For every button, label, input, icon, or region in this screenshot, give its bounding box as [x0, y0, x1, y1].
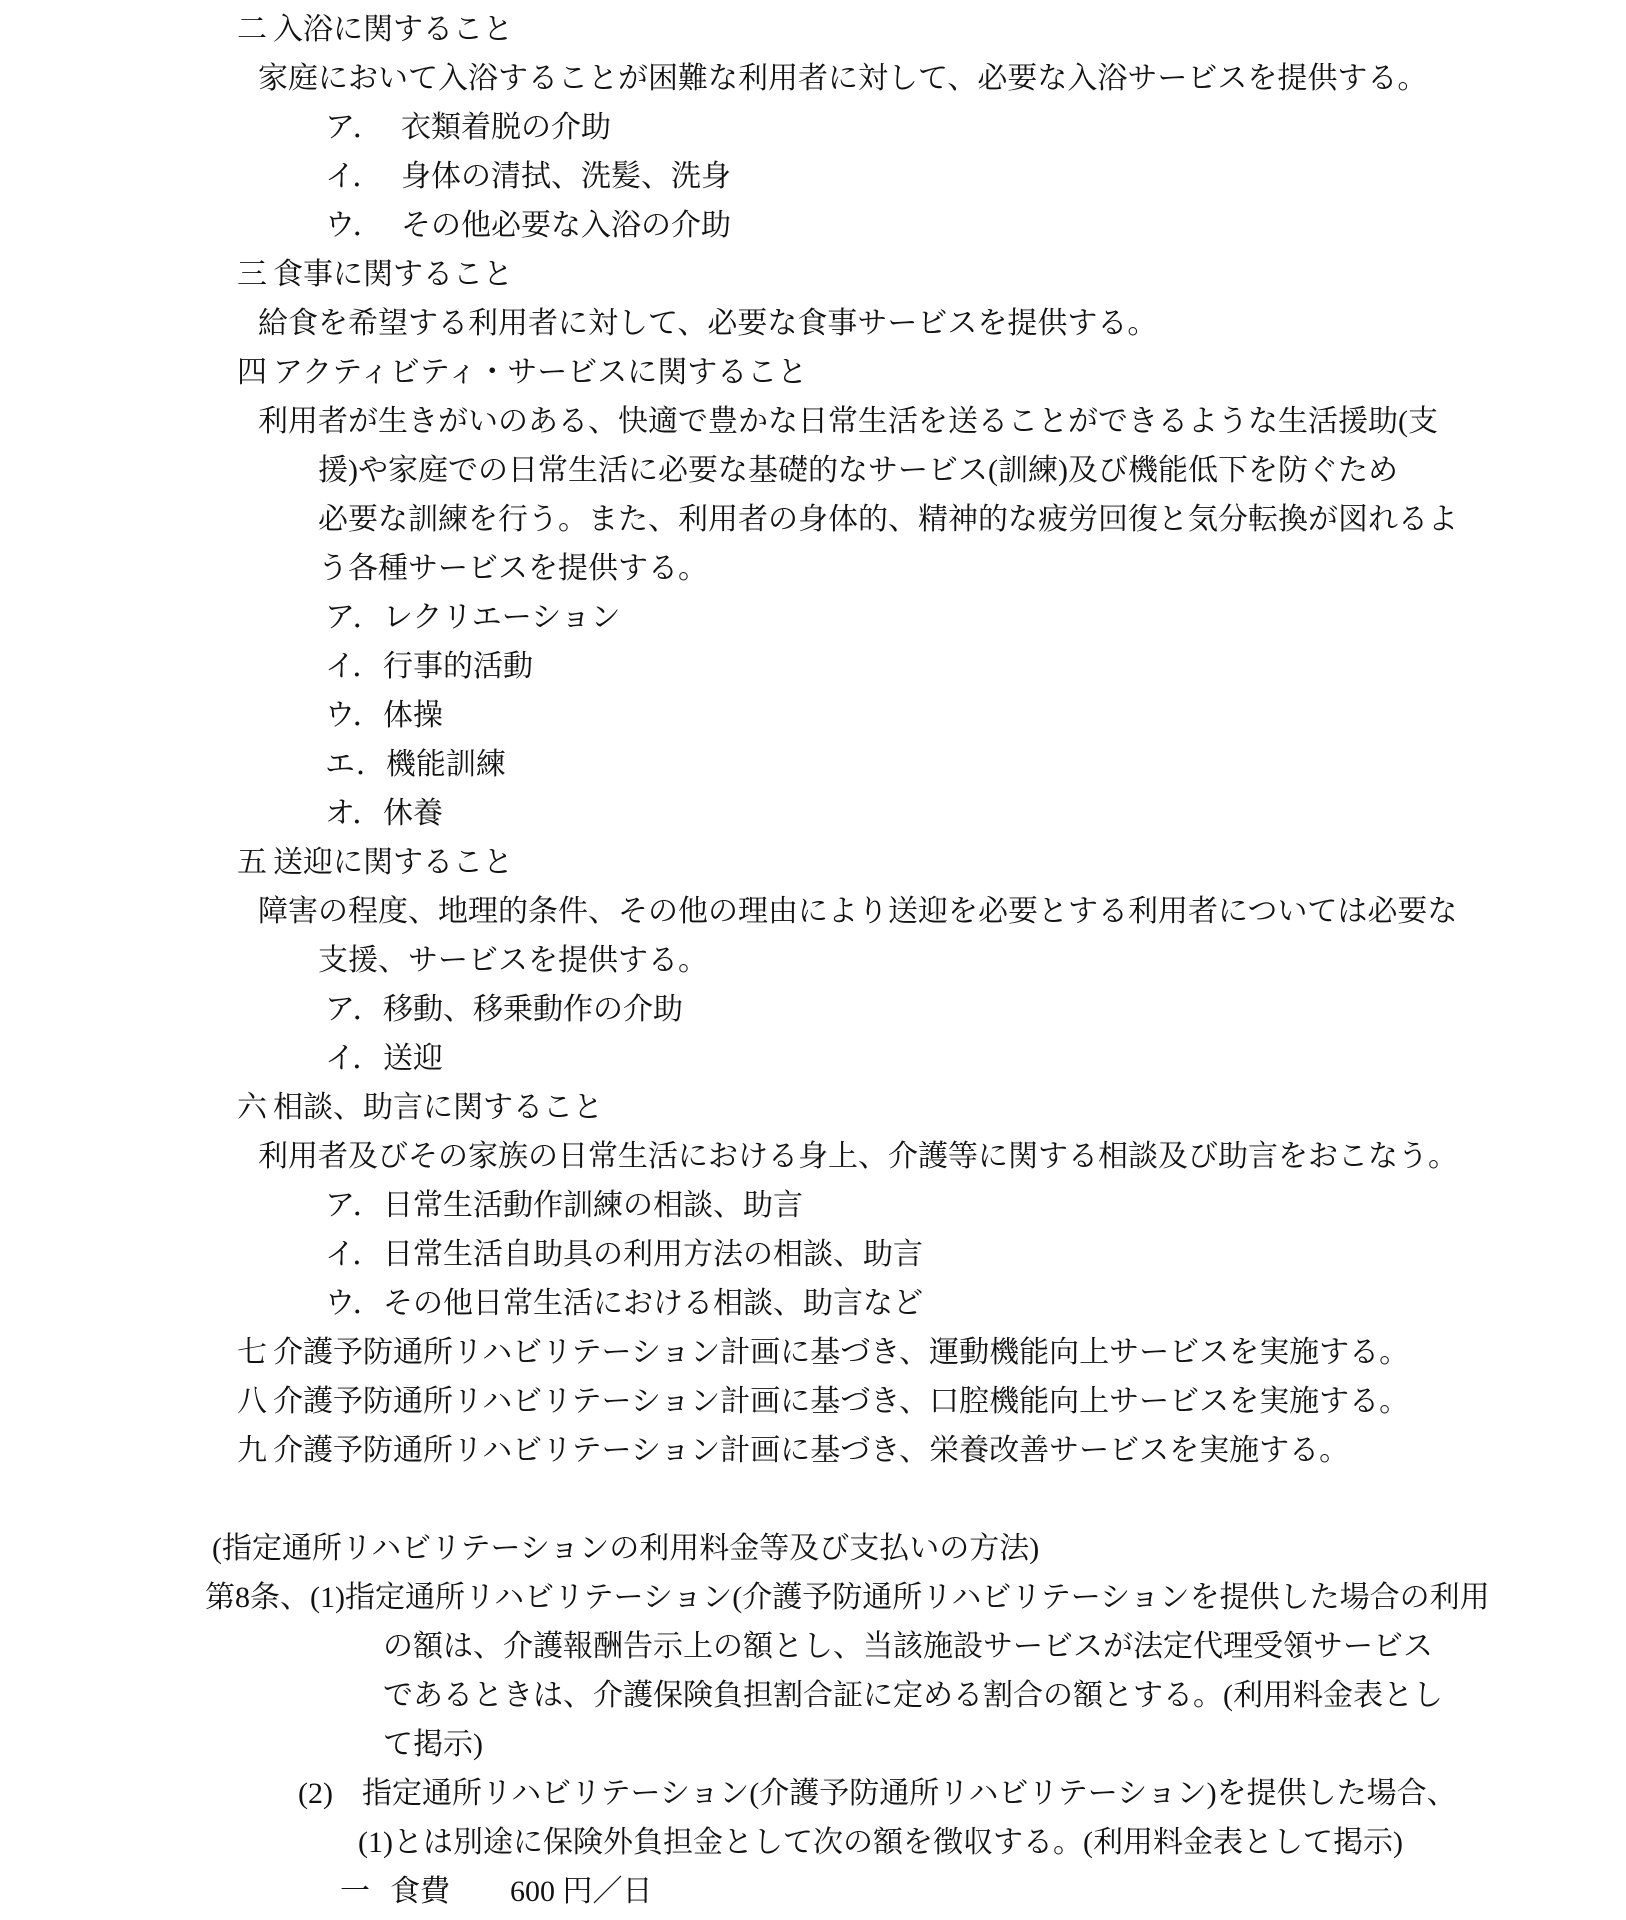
document-body: 二入浴に関すること家庭において入浴することが困難な利用者に対して、必要な入浴サー…	[0, 5, 1626, 1916]
line-text: レクリエーション	[383, 601, 621, 634]
paragraph-continuation-line: 必要な訓練を行う。また、利用者の身体的、精神的な疲労回復と気分転換が図れるよ	[318, 495, 1626, 544]
line-text: 給食を希望する利用者に対して、必要な食事サービスを提供する。	[258, 307, 1157, 340]
line-text: 必要な訓練を行う。また、利用者の身体的、精神的な疲労回復と気分転換が図れるよ	[318, 503, 1458, 536]
line-text: の額は、介護報酬告示上の額とし、当該施設サービスが法定代理受領サービス	[383, 1630, 1433, 1663]
line-label: エ．	[325, 740, 386, 789]
katakana-sub-item-line: ア．日常生活動作訓練の相談、助言	[325, 1181, 1626, 1230]
paragraph-line: 利用者が生きがいのある、快適で豊かな日常生活を送ることができるような生活援助(支	[258, 397, 1626, 446]
section-title-line: (指定通所リハビリテーションの利用料金等及び支払いの方法)	[212, 1524, 1626, 1573]
line-label: (2)	[298, 1769, 362, 1818]
line-label: イ．	[325, 642, 383, 691]
line-spacer	[0, 1475, 1626, 1524]
line-text: 利用者及びその家族の日常生活における身上、介護等に関する相談及び助言をおこなう。	[258, 1140, 1458, 1173]
line-text: アクティビティ・サービスに関すること	[273, 356, 807, 389]
article-clause-continuation-line: であるときは、介護保険負担割合証に定める割合の額とする。(利用料金表とし	[383, 1671, 1626, 1720]
line-text: 移動、移乗動作の介助	[383, 993, 683, 1026]
line-text: 利用者が生きがいのある、快適で豊かな日常生活を送ることができるような生活援助(支	[258, 405, 1438, 438]
katakana-sub-item-line: オ．休養	[325, 789, 1626, 838]
katakana-sub-item-line: ア．レクリエーション	[325, 593, 1626, 642]
numbered-item-line: 三食事に関すること	[237, 250, 1626, 299]
line-text: その他日常生活における相談、助言など	[383, 1287, 923, 1320]
line-label: 八	[237, 1377, 273, 1426]
numbered-item-line: 八介護予防通所リハビリテーション計画に基づき、口腔機能向上サービスを実施する。	[237, 1377, 1626, 1426]
line-label: 四	[237, 348, 273, 397]
line-label: ウ．	[325, 1279, 383, 1328]
article-clause-continuation-line: の額は、介護報酬告示上の額とし、当該施設サービスが法定代理受領サービス	[383, 1622, 1626, 1671]
line-text: 入浴に関すること	[273, 13, 513, 46]
line-label: イ．	[325, 1230, 383, 1279]
line-text: 身体の清拭、洗髪、洗身	[401, 160, 731, 193]
numbered-item-line: 二入浴に関すること	[237, 5, 1626, 54]
line-text: 障害の程度、地理的条件、その他の理由により送迎を必要とする利用者については必要な	[258, 895, 1457, 928]
article-subclause-line: (2)指定通所リハビリテーション(介護予防通所リハビリテーション)を提供した場合…	[298, 1769, 1626, 1818]
line-label: イ．	[325, 1034, 383, 1083]
paragraph-line: 障害の程度、地理的条件、その他の理由により送迎を必要とする利用者については必要な	[258, 887, 1626, 936]
line-text: 食費 600 円／日	[390, 1875, 653, 1908]
line-text: 指定通所リハビリテーション(介護予防通所リハビリテーション)を提供した場合、	[362, 1777, 1457, 1810]
fee-item-line: 一食費 600 円／日	[340, 1867, 1626, 1916]
line-label: ア．	[325, 1181, 383, 1230]
line-text: 行事的活動	[383, 650, 533, 683]
line-text: 機能訓練	[386, 748, 506, 781]
line-label: ウ．	[325, 201, 401, 250]
line-label: ア．	[325, 103, 401, 152]
line-label: イ．	[325, 152, 401, 201]
katakana-sub-item-line: イ．日常生活自助具の利用方法の相談、助言	[325, 1230, 1626, 1279]
line-text: (指定通所リハビリテーションの利用料金等及び支払いの方法)	[212, 1532, 1039, 1565]
paragraph-line: 家庭において入浴することが困難な利用者に対して、必要な入浴サービスを提供する。	[258, 54, 1626, 103]
katakana-sub-item-line: ア．移動、移乗動作の介助	[325, 985, 1626, 1034]
article-clause-continuation-line: て掲示)	[383, 1720, 1626, 1769]
line-label: 二	[237, 5, 273, 54]
line-text: 日常生活動作訓練の相談、助言	[383, 1189, 803, 1222]
katakana-sub-item-line: ウ．体操	[325, 691, 1626, 740]
line-label: 三	[237, 250, 273, 299]
line-text: 日常生活自助具の利用方法の相談、助言	[383, 1238, 923, 1271]
line-text: 支援、サービスを提供する。	[318, 944, 708, 977]
line-label: ウ．	[325, 691, 383, 740]
line-label: 六	[237, 1083, 273, 1132]
paragraph-continuation-line: う各種サービスを提供する。	[318, 544, 1626, 593]
numbered-item-line: 五送迎に関すること	[237, 838, 1626, 887]
line-text: 食事に関すること	[273, 258, 513, 291]
line-text: う各種サービスを提供する。	[318, 552, 708, 585]
document-page: 二入浴に関すること家庭において入浴することが困難な利用者に対して、必要な入浴サー…	[0, 0, 1626, 1920]
line-text: 相談、助言に関すること	[273, 1091, 603, 1124]
line-label: 七	[237, 1328, 273, 1377]
line-text: 休養	[383, 797, 443, 830]
article-clause-line: 第8条、(1)指定通所リハビリテーション(介護予防通所リハビリテーションを提供し…	[205, 1573, 1626, 1622]
katakana-sub-item-line: イ．行事的活動	[325, 642, 1626, 691]
line-text: 援)や家庭での日常生活に必要な基礎的なサービス(訓練)及び機能低下を防ぐため	[318, 454, 1398, 487]
line-label: ア．	[325, 593, 383, 642]
katakana-sub-item-line: エ．機能訓練	[325, 740, 1626, 789]
line-text: 送迎	[383, 1042, 443, 1075]
numbered-item-line: 四アクティビティ・サービスに関すること	[237, 348, 1626, 397]
line-text: 介護予防通所リハビリテーション計画に基づき、運動機能向上サービスを実施する。	[273, 1336, 1409, 1369]
line-text: 家庭において入浴することが困難な利用者に対して、必要な入浴サービスを提供する。	[258, 62, 1427, 95]
paragraph-continuation-line: 支援、サービスを提供する。	[318, 936, 1626, 985]
line-text: 第8条、(1)指定通所リハビリテーション(介護予防通所リハビリテーションを提供し…	[205, 1581, 1490, 1614]
katakana-sub-item-line: イ．身体の清拭、洗髪、洗身	[325, 152, 1626, 201]
line-text: その他必要な入浴の介助	[401, 209, 731, 242]
article-subclause-continuation-line: (1)とは別途に保険外負担金として次の額を徴収する。(利用料金表として掲示)	[358, 1818, 1626, 1867]
line-text: 体操	[383, 699, 443, 732]
paragraph-line: 給食を希望する利用者に対して、必要な食事サービスを提供する。	[258, 299, 1626, 348]
katakana-sub-item-line: ウ．その他日常生活における相談、助言など	[325, 1279, 1626, 1328]
line-text: 衣類着脱の介助	[401, 111, 611, 144]
line-label: 五	[237, 838, 273, 887]
katakana-sub-item-line: ア．衣類着脱の介助	[325, 103, 1626, 152]
line-text: 送迎に関すること	[273, 846, 513, 879]
line-label: ア．	[325, 985, 383, 1034]
line-label: オ．	[325, 789, 383, 838]
line-text: 介護予防通所リハビリテーション計画に基づき、口腔機能向上サービスを実施する。	[273, 1385, 1409, 1418]
line-label: 九	[237, 1426, 273, 1475]
katakana-sub-item-line: ウ．その他必要な入浴の介助	[325, 201, 1626, 250]
line-text: であるときは、介護保険負担割合証に定める割合の額とする。(利用料金表とし	[383, 1679, 1443, 1712]
numbered-item-line: 七介護予防通所リハビリテーション計画に基づき、運動機能向上サービスを実施する。	[237, 1328, 1626, 1377]
line-text: て掲示)	[383, 1728, 483, 1761]
katakana-sub-item-line: イ．送迎	[325, 1034, 1626, 1083]
line-label: 一	[340, 1867, 390, 1916]
paragraph-continuation-line: 援)や家庭での日常生活に必要な基礎的なサービス(訓練)及び機能低下を防ぐため	[318, 446, 1626, 495]
line-text: 介護予防通所リハビリテーション計画に基づき、栄養改善サービスを実施する。	[273, 1434, 1349, 1467]
numbered-item-line: 九介護予防通所リハビリテーション計画に基づき、栄養改善サービスを実施する。	[237, 1426, 1626, 1475]
paragraph-line: 利用者及びその家族の日常生活における身上、介護等に関する相談及び助言をおこなう。	[258, 1132, 1626, 1181]
line-text: (1)とは別途に保険外負担金として次の額を徴収する。(利用料金表として掲示)	[358, 1826, 1403, 1859]
numbered-item-line: 六相談、助言に関すること	[237, 1083, 1626, 1132]
